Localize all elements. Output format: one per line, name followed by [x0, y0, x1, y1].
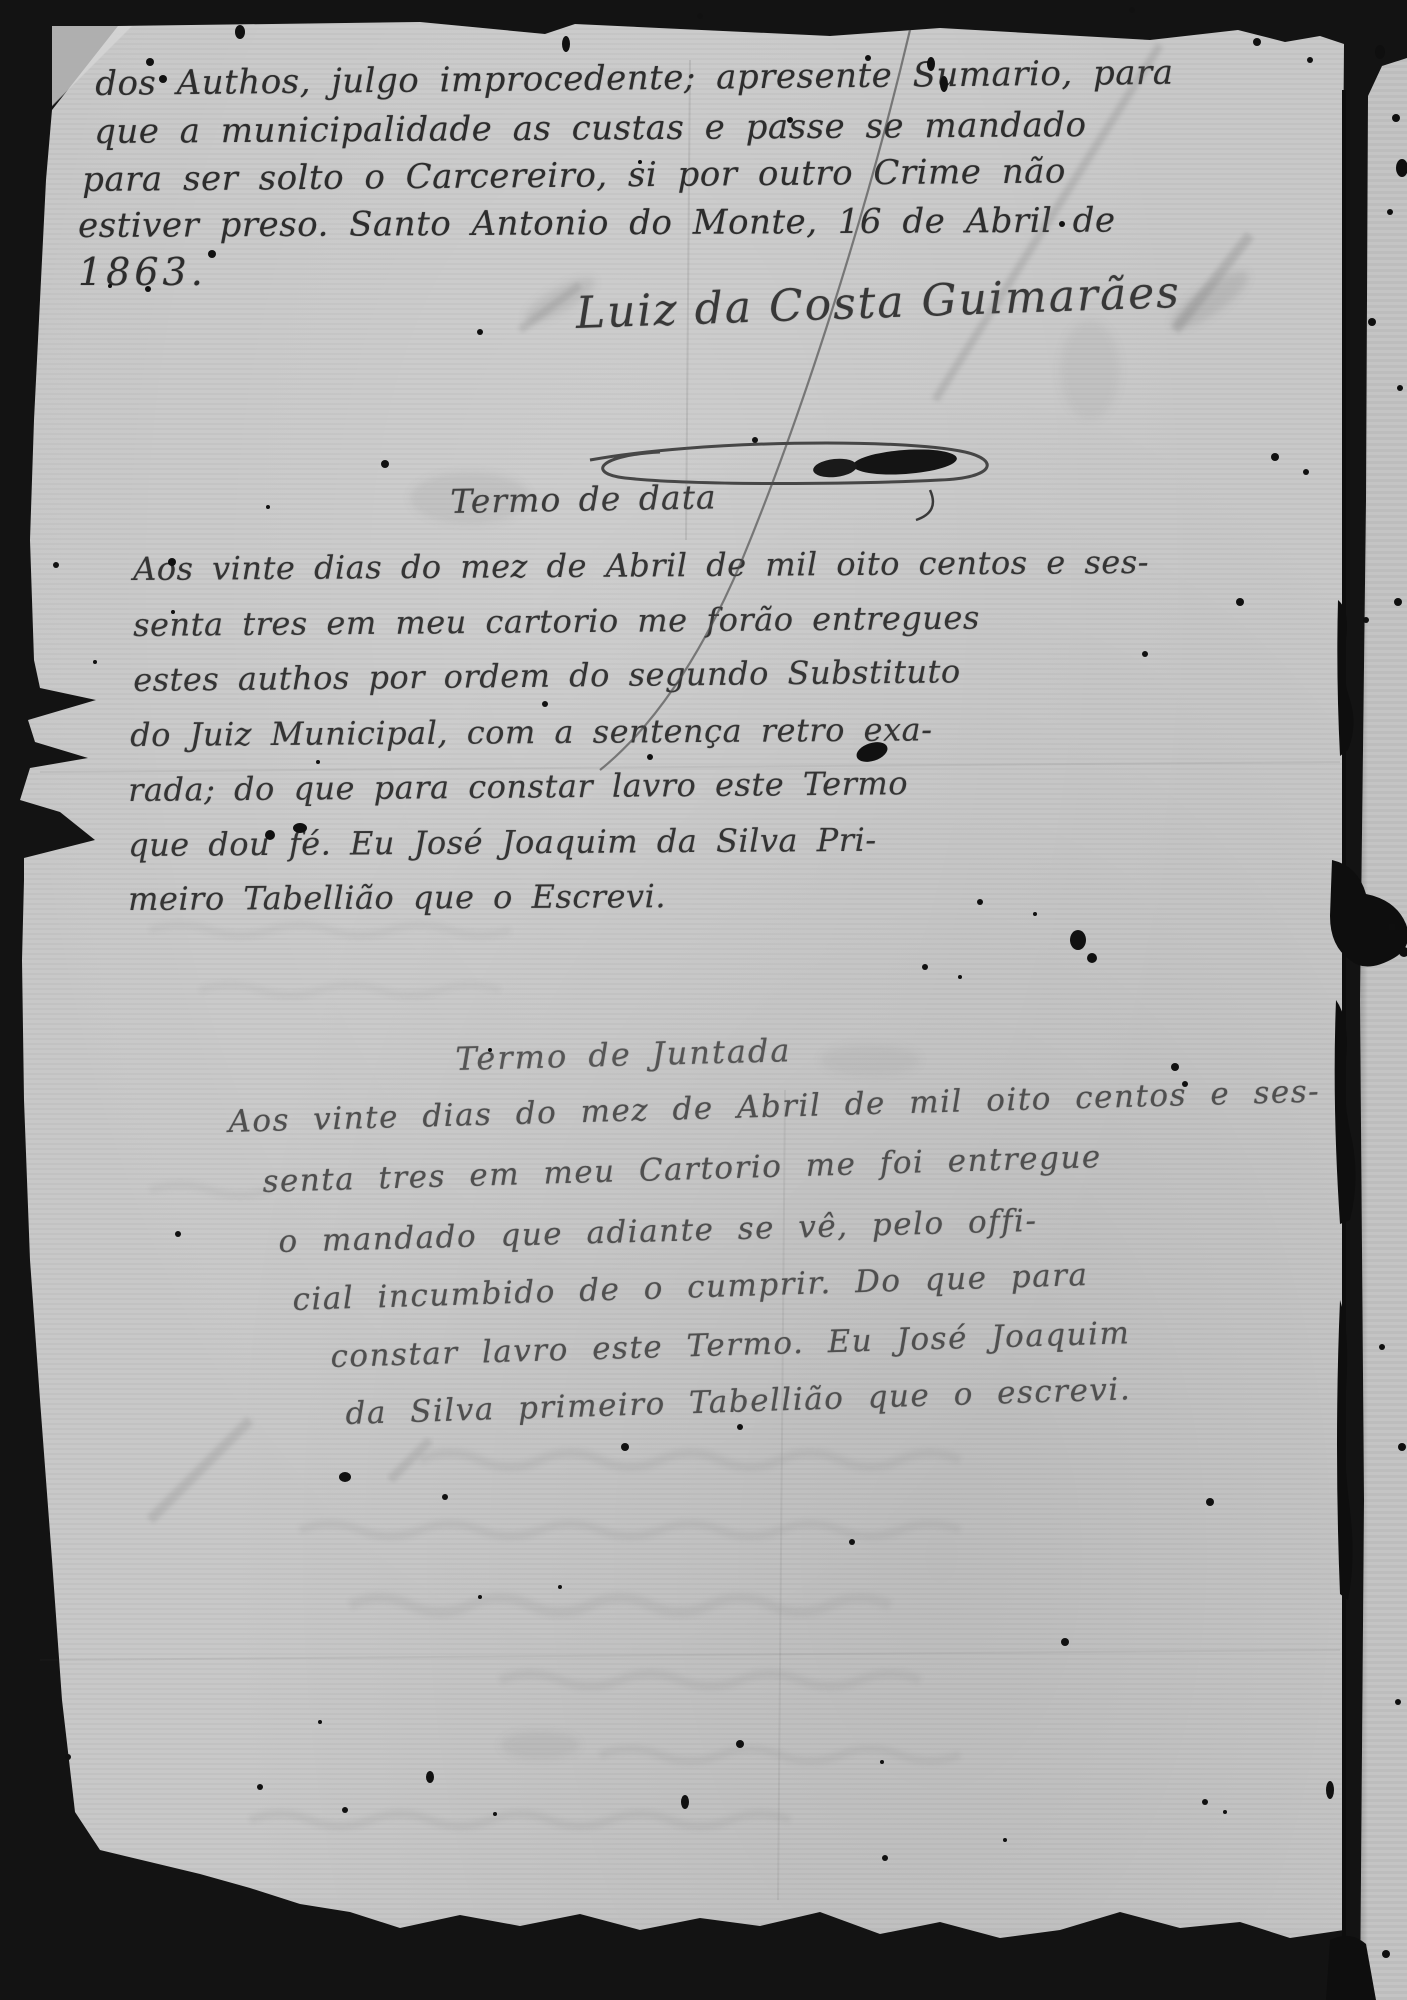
document-scan: dos Authos, julgo improcedente; apresent…	[0, 0, 1407, 2000]
handwriting-line: do Juiz Municipal, com a sentença retro …	[130, 710, 933, 754]
handwriting-line: Aos vinte dias do mez de Abril de mil oi…	[133, 543, 1149, 588]
handwriting-line: estiver preso. Santo Antonio do Monte, 1…	[78, 201, 1116, 246]
handwriting-line: meiro Tabellião que o Escrevi.	[128, 877, 666, 918]
handwriting-line: que a municipalidade as custas e passe s…	[94, 105, 1087, 152]
handwriting-line: rada; do que para constar lavro este Ter…	[128, 764, 908, 809]
handwriting-year: 1863.	[78, 250, 207, 294]
next-page-sliver	[1354, 0, 1407, 2000]
handwriting-line: que dou fé. Eu José Joaquim da Silva Pri…	[128, 821, 877, 864]
handwriting-line: senta tres em meu cartorio me forão entr…	[133, 599, 980, 644]
section-heading-termo-de-data: Termo de data	[450, 477, 717, 521]
